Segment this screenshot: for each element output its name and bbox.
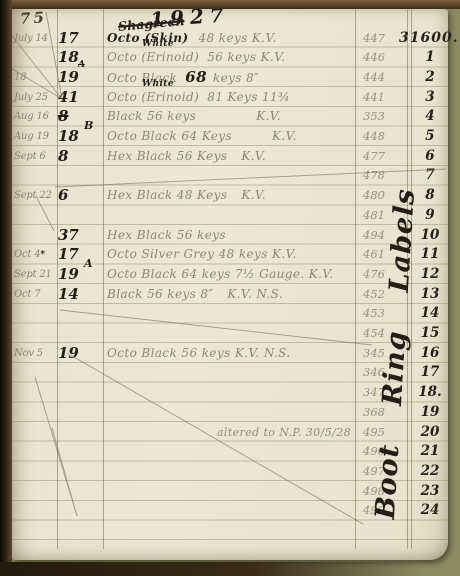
serial-text: 7	[425, 167, 434, 183]
date-text: Sept 6	[14, 151, 46, 162]
stock-number-text: 447	[363, 31, 385, 45]
quantity-text: 19	[58, 344, 79, 362]
cell-stock-number: 353	[357, 107, 404, 127]
cell-description	[107, 166, 353, 186]
cell-date: Sept 6	[14, 147, 57, 167]
serial-text: 24	[421, 502, 440, 518]
cell-description: Octo Black 64 keys 7½ Gauge. K.V.	[107, 265, 353, 285]
cell-date: Oct 4*	[14, 245, 57, 265]
cell-date: Aug 19	[14, 127, 57, 147]
serial-text: 19	[421, 404, 440, 420]
stock-number-text: 499	[363, 503, 385, 517]
cell-description	[107, 482, 353, 502]
stock-number-text: 454	[363, 326, 385, 340]
description-text: Octo Black 64 keys 7½ Gauge. K.V.	[107, 265, 334, 285]
date-text: 18	[14, 72, 26, 83]
serial-text: 9	[425, 207, 434, 223]
cell-quantity: 18	[58, 127, 104, 147]
stock-number-text: 446	[363, 50, 385, 64]
ledger-row: 45415	[12, 324, 448, 344]
ledger-row: altered to N.P. 30/5/2849520	[12, 423, 448, 443]
stock-number-text: 444	[363, 70, 385, 84]
cell-date	[14, 383, 57, 403]
cell-date	[14, 166, 57, 186]
description-text: Octo Black 64 Keys	[107, 127, 232, 147]
stock-number-text: 478	[363, 168, 385, 182]
cell-serial: 12	[411, 265, 449, 285]
description-text: 81 Keys 11¾	[207, 88, 290, 108]
quantity-text: 41	[58, 88, 79, 106]
description-text: Octo Silver Grey 48 keys K.V.	[107, 245, 297, 265]
cell-date	[14, 324, 57, 344]
cell-serial: 14	[411, 304, 449, 324]
cell-stock-number: 347	[357, 383, 404, 403]
cell-date	[14, 363, 57, 383]
quantity-text: 18	[58, 127, 79, 145]
cell-description: Black 56 keysK.V.	[107, 107, 353, 127]
cell-quantity	[58, 324, 104, 344]
quantity-text: 8	[58, 107, 68, 125]
cell-date: Nov 5	[14, 344, 57, 364]
cell-date	[14, 501, 57, 521]
serial-text: 21	[421, 443, 440, 459]
serial-text: 17	[421, 364, 440, 380]
cell-quantity	[58, 206, 104, 226]
date-text: Aug 16	[14, 111, 49, 122]
serial-text: 11	[421, 246, 440, 262]
cell-date	[14, 206, 57, 226]
cell-stock-number: 478	[357, 166, 404, 186]
cell-date	[14, 423, 57, 443]
cell-date	[14, 304, 57, 324]
serial-text: 5	[425, 128, 434, 144]
ledger-page: 75 1927 Shagreen July 1417Octo (Skin)48 …	[12, 9, 448, 560]
cell-description: Black 56 keys 8″K.V. N.S.	[107, 285, 353, 305]
ledger-row: 45314	[12, 304, 448, 324]
cell-description	[107, 304, 353, 324]
cell-stock-number: 441	[357, 88, 404, 108]
description-text: Octo (Erinoid)White	[107, 88, 199, 108]
cell-date	[14, 226, 57, 246]
ledger-row: 37Hex Black 56 keys49410	[12, 226, 448, 246]
cell-date	[14, 442, 57, 462]
cell-date	[14, 462, 57, 482]
cell-description	[107, 442, 353, 462]
serial-text: 8	[425, 187, 434, 203]
quantity-text: 18	[58, 48, 79, 66]
cell-description: Octo Silver Grey 48 keys K.V.	[107, 245, 353, 265]
cell-stock-number: 499	[357, 501, 404, 521]
stock-number-text: 497	[363, 464, 385, 478]
description-text: K.V.	[272, 127, 297, 147]
stock-number-text: 346	[363, 365, 385, 379]
stock-number-text: 481	[363, 208, 385, 222]
stock-number-text: 496	[363, 444, 385, 458]
stock-number-text: 368	[363, 405, 385, 419]
cell-date: Aug 16	[14, 107, 57, 127]
cell-serial: 4	[411, 107, 449, 127]
quantity-mark-above: A	[78, 61, 85, 70]
ledger-row: Nov 519Octo Black 56 keys K.V. N.S.34516	[12, 344, 448, 364]
cell-date: July 14	[14, 29, 57, 49]
serial-text: 4	[425, 108, 434, 124]
stock-number-text: 353	[363, 109, 385, 123]
description-text: Hex Black 56 keys	[107, 226, 226, 246]
cell-description: Hex Black 56 KeysK.V.	[107, 147, 353, 167]
ledger-row: Aug 1918Octo Black 64 KeysK.V.4485	[12, 127, 448, 147]
ledger-row: Sept 2119Octo Black 64 keys 7½ Gauge. K.…	[12, 265, 448, 285]
ledger-row: 1819AOcto Black68keys 8″4442	[12, 68, 448, 88]
description-text: Octo (Erinoid)White	[107, 48, 199, 68]
cell-stock-number: 495	[357, 423, 404, 443]
stock-number-text: 453	[363, 306, 385, 320]
serial-text: 15	[421, 325, 440, 341]
cell-stock-number: 444	[357, 68, 404, 88]
cell-quantity: 19	[58, 344, 104, 364]
cell-description	[107, 383, 353, 403]
description-text: K.V.	[256, 107, 281, 127]
quantity-text: 14	[58, 285, 79, 303]
stock-number-text: 498	[363, 484, 385, 498]
date-text: Sept 22	[14, 190, 52, 201]
stock-number-text: 448	[363, 129, 385, 143]
cell-quantity	[58, 363, 104, 383]
cell-serial: 23	[411, 482, 449, 502]
date-text: Aug 19	[14, 131, 49, 142]
cell-stock-number: 448	[357, 127, 404, 147]
cell-stock-number: 446	[357, 48, 404, 68]
cell-description	[107, 206, 353, 226]
description-text: 56 keys K.V.	[207, 48, 285, 68]
description-text: 68	[185, 68, 207, 88]
stock-number-text: 476	[363, 267, 385, 281]
date-text: Oct 7	[14, 289, 40, 300]
cell-stock-number: 454	[357, 324, 404, 344]
cell-serial: 22	[411, 462, 449, 482]
ledger-row: Aug 168BBlack 56 keysK.V.3534	[12, 107, 448, 127]
cell-quantity: 19A	[58, 68, 104, 88]
cell-description: Hex Black 56 keys	[107, 226, 353, 246]
stock-number-text: 441	[363, 90, 385, 104]
ledger-row: Sept 226Hex Black 48 KeysK.V.4808	[12, 186, 448, 206]
quantity-text: 17	[58, 29, 79, 47]
cell-serial: 7	[411, 166, 449, 186]
serial-text: 14	[421, 305, 440, 321]
serial-text: 23	[421, 483, 440, 499]
cell-stock-number: 452	[357, 285, 404, 305]
cell-description	[107, 403, 353, 423]
book-edge-bottom	[0, 562, 460, 576]
cell-date: Sept 22	[14, 186, 57, 206]
ledger-photo-root: 75 1927 Shagreen July 1417Octo (Skin)48 …	[0, 0, 460, 576]
serial-text: 6	[425, 148, 434, 164]
quantity-text: 6	[58, 186, 68, 204]
quantity-text: 8	[58, 147, 68, 165]
serial-text: 31600.	[399, 29, 459, 49]
stock-number-text: 461	[363, 247, 385, 261]
cell-serial: 6	[411, 147, 449, 167]
cell-quantity: 41	[58, 88, 104, 108]
cell-stock-number: 480	[357, 186, 404, 206]
cell-serial: 20	[411, 423, 449, 443]
description-text: Hex Black 48 Keys	[107, 186, 227, 206]
cell-stock-number: 497	[357, 462, 404, 482]
description-text: K.V.	[241, 186, 266, 206]
serial-text: 1	[425, 49, 434, 65]
cell-stock-number: 368	[357, 403, 404, 423]
cell-serial: 15	[411, 324, 449, 344]
cell-description: Octo Black 56 keys K.V. N.S.	[107, 344, 353, 364]
description-text: 48 keys K.V.	[199, 29, 277, 49]
cell-date: July 25	[14, 88, 57, 108]
cell-serial: 1	[411, 48, 449, 68]
cell-stock-number: 346	[357, 363, 404, 383]
cell-quantity	[58, 442, 104, 462]
description-text: Black 56 keys 8″	[107, 285, 213, 305]
stock-number-text: 477	[363, 149, 385, 163]
serial-text: 16	[421, 345, 440, 361]
stock-number-text: 345	[363, 346, 385, 360]
stock-number-text: 347	[363, 385, 385, 399]
ledger-row: July 2541Octo (Erinoid)White81 Keys 11¾4…	[12, 88, 448, 108]
date-text: July 25	[14, 92, 48, 103]
cell-serial: 10	[411, 226, 449, 246]
cell-stock-number: 498	[357, 482, 404, 502]
cell-description	[107, 501, 353, 521]
cell-stock-number: 496	[357, 442, 404, 462]
date-mark: *	[40, 250, 45, 260]
altered-note: altered to N.P. 30/5/28	[217, 426, 353, 439]
serial-text: 22	[421, 463, 440, 479]
cell-quantity: 17A	[58, 245, 104, 265]
ledger-row: 49823	[12, 482, 448, 502]
cell-date: Sept 21	[14, 265, 57, 285]
description-text: Black 56 keys	[107, 107, 196, 127]
cell-quantity	[58, 403, 104, 423]
date-text: Nov 5	[14, 348, 43, 359]
serial-text: 12	[421, 266, 440, 282]
date-text: Sept 21	[14, 269, 52, 280]
cell-description: Octo Black 64 KeysK.V.	[107, 127, 353, 147]
cell-quantity	[58, 501, 104, 521]
cell-stock-number: 453	[357, 304, 404, 324]
cell-description	[107, 462, 353, 482]
cell-serial: 31600.	[411, 29, 449, 49]
description-text: K.V.	[241, 147, 266, 167]
cell-quantity: 37	[58, 226, 104, 246]
serial-text: 3	[425, 89, 434, 105]
ledger-row: 49722	[12, 462, 448, 482]
cell-quantity	[58, 423, 104, 443]
stock-number-text: 452	[363, 287, 385, 301]
cell-description: Hex Black 48 KeysK.V.	[107, 186, 353, 206]
ledger-row: 36819	[12, 403, 448, 423]
cell-serial: 2	[411, 68, 449, 88]
cell-quantity	[58, 304, 104, 324]
cell-quantity: 17	[58, 29, 104, 49]
cell-serial: 3	[411, 88, 449, 108]
cell-serial: 16	[411, 344, 449, 364]
description-text: Hex Black 56 Keys	[107, 147, 227, 167]
cell-serial: 9	[411, 206, 449, 226]
quantity-text: 19	[58, 68, 79, 86]
cell-quantity	[58, 462, 104, 482]
description-insert-above: White	[142, 40, 174, 49]
serial-text: 20	[421, 424, 440, 440]
cell-serial: 5	[411, 127, 449, 147]
cell-serial: 8	[411, 186, 449, 206]
serial-text: 2	[425, 69, 434, 85]
ledger-row: 34718.	[12, 383, 448, 403]
cell-serial: 13	[411, 285, 449, 305]
book-edge-top	[0, 0, 460, 9]
cell-stock-number: 477	[357, 147, 404, 167]
cell-description	[107, 363, 353, 383]
date-text: July 14	[14, 33, 48, 44]
cell-quantity: 6	[58, 186, 104, 206]
cell-date	[14, 403, 57, 423]
cell-serial: 21	[411, 442, 449, 462]
cell-description: altered to N.P. 30/5/28	[107, 423, 353, 443]
cell-description: Octo (Erinoid)White56 keys K.V.	[107, 48, 353, 68]
serial-text: 13	[421, 286, 440, 302]
cell-quantity	[58, 166, 104, 186]
cell-date: Oct 7	[14, 285, 57, 305]
quantity-text: 17	[58, 245, 79, 263]
description-text: K.V. N.S.	[227, 285, 283, 305]
cell-serial: 24	[411, 501, 449, 521]
cell-description	[107, 324, 353, 344]
ledger-row: 49621	[12, 442, 448, 462]
ledger-row: July 1417Octo (Skin)48 keys K.V.44731600…	[12, 29, 448, 49]
description-text: keys 8″	[213, 69, 259, 89]
description-insert-above: White	[142, 80, 174, 89]
cell-stock-number: 494	[357, 226, 404, 246]
ledger-rows: July 1417Octo (Skin)48 keys K.V.44731600…	[12, 9, 448, 560]
cell-stock-number: 447	[357, 29, 404, 49]
quantity-text: 37	[58, 226, 79, 244]
cell-quantity: 19	[58, 265, 104, 285]
ledger-row: Sept 68Hex Black 56 KeysK.V.4776	[12, 147, 448, 167]
cell-date: 18	[14, 68, 57, 88]
cell-quantity: 14	[58, 285, 104, 305]
serial-text: 10	[421, 227, 440, 243]
date-text: Oct 4	[14, 249, 40, 260]
description-text: Octo Black 56 keys K.V. N.S.	[107, 344, 291, 364]
cell-serial: 19	[411, 403, 449, 423]
stock-number-text: 494	[363, 228, 385, 242]
stock-number-text: 495	[363, 425, 385, 439]
cell-description: Octo (Erinoid)White81 Keys 11¾	[107, 88, 353, 108]
stock-number-text: 480	[363, 188, 385, 202]
cell-quantity	[58, 383, 104, 403]
ledger-row: 4787	[12, 166, 448, 186]
serial-text: 18.	[418, 384, 442, 400]
ledger-row: 49924	[12, 501, 448, 521]
cell-date	[14, 48, 57, 68]
cell-date	[14, 482, 57, 502]
cell-serial: 18.	[411, 383, 449, 403]
cell-serial: 11	[411, 245, 449, 265]
cell-quantity: 8	[58, 147, 104, 167]
cell-stock-number: 481	[357, 206, 404, 226]
quantity-text: 19	[58, 265, 79, 283]
cell-quantity	[58, 482, 104, 502]
ledger-row: 4819	[12, 206, 448, 226]
cell-stock-number: 461	[357, 245, 404, 265]
book-spine-left	[0, 0, 12, 576]
cell-stock-number: 345	[357, 344, 404, 364]
ledger-row: Oct 4*17AOcto Silver Grey 48 keys K.V.46…	[12, 245, 448, 265]
cell-serial: 17	[411, 363, 449, 383]
ledger-row: 34617	[12, 363, 448, 383]
cell-stock-number: 476	[357, 265, 404, 285]
cell-quantity: 8B	[58, 107, 104, 127]
ledger-row: Oct 714Black 56 keys 8″K.V. N.S.45213	[12, 285, 448, 305]
